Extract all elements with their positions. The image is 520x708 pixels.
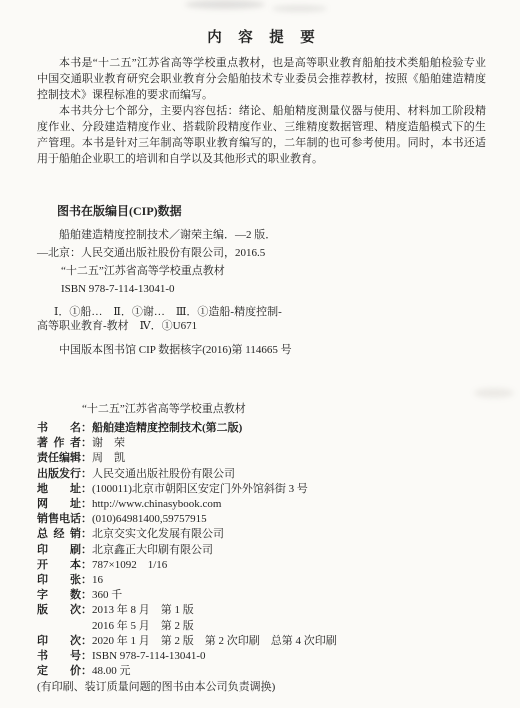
colophon-value: 谢 荣	[92, 437, 125, 449]
cip-title-line: 船舶建造精度控制技术／谢荣主编．—2 版．	[59, 226, 486, 244]
colophon-label: 总经销	[37, 527, 81, 542]
colophon-value: 360 千	[92, 589, 122, 601]
colophon-colon: ：	[81, 649, 92, 664]
colophon-colon: ：	[81, 421, 92, 436]
colophon-row: 网址：http://www.chinasybook.com	[37, 497, 486, 512]
colophon-row: 开本：787×1092 1/16	[37, 558, 486, 573]
cip-classification-line-1: Ⅰ．①船… Ⅱ．①谢… Ⅲ．①造船-精度控制-	[54, 305, 486, 319]
colophon-value: 2016 年 5 月 第 2 版	[92, 620, 194, 632]
cip-publisher-line: —北京：人民交通出版社股份有限公司，2016.5	[37, 244, 486, 262]
colophon-row: 版次：2013 年 8 月 第 1 版	[37, 603, 486, 618]
colophon-row: 印次：2020 年 1 月 第 2 版 第 2 次印刷 总第 4 次印刷	[37, 634, 486, 649]
colophon-label: 著作者	[37, 436, 81, 451]
colophon-row: 印张：16	[37, 573, 486, 588]
cip-series-line: “十二五”江苏省高等学校重点教材	[61, 262, 486, 280]
colophon-row-continued: 2016 年 5 月 第 2 版	[37, 619, 486, 634]
book-copyright-page: 内 容 提 要 本书是“十二五”江苏省高等学校重点教材，也是高等职业教育船舶技术…	[0, 0, 520, 708]
colophon-row: 总经销：北京交实文化发展有限公司	[37, 527, 486, 542]
colophon-row: 书名：船舶建造精度控制技术(第二版)	[37, 421, 486, 436]
colophon-colon: ：	[81, 436, 92, 451]
colophon-colon: ：	[81, 512, 92, 527]
colophon-colon: ：	[81, 543, 92, 558]
colophon-value: 787×1092 1/16	[92, 559, 167, 571]
scan-artifact	[474, 388, 514, 398]
colophon-row: 出版发行：人民交通出版社股份有限公司	[37, 467, 486, 482]
colophon-row: 印刷：北京鑫正大印刷有限公司	[37, 543, 486, 558]
colophon-label: 网址	[37, 497, 81, 512]
colophon-colon: ：	[81, 558, 92, 573]
colophon-label: 开本	[37, 558, 81, 573]
footer-note: (有印刷、装订质量问题的图书由本公司负责调换)	[37, 680, 486, 695]
colophon-colon: ：	[81, 497, 92, 512]
colophon-value: ISBN 978-7-114-13041-0	[92, 650, 206, 662]
colophon-colon: ：	[81, 482, 92, 497]
colophon-colon: ：	[81, 664, 92, 679]
colophon-row: 销售电话：(010)64981400,59757915	[37, 512, 486, 527]
colophon-row: 书号：ISBN 978-7-114-13041-0	[37, 649, 486, 664]
colophon-label: 印次	[37, 634, 81, 649]
colophon-label: 定价	[37, 664, 81, 679]
colophon-colon: ：	[81, 588, 92, 603]
colophon-list: 书名：船舶建造精度控制技术(第二版)著作者：谢 荣责任编辑：周 凯出版发行：人民…	[37, 421, 486, 679]
colophon-value: (010)64981400,59757915	[92, 513, 207, 525]
colophon-value: 2020 年 1 月 第 2 版 第 2 次印刷 总第 4 次印刷	[92, 635, 337, 647]
colophon-colon: ：	[81, 451, 92, 466]
colophon-label: 出版发行	[37, 467, 81, 482]
colophon-colon: ：	[81, 467, 92, 482]
colophon-colon: ：	[81, 603, 92, 618]
colophon-label: 字数	[37, 588, 81, 603]
colophon-value: 船舶建造精度控制技术(第二版)	[92, 422, 242, 434]
cip-heading: 图书在版编目(CIP)数据	[57, 202, 486, 220]
colophon-label: 书名	[37, 421, 81, 436]
colophon-row: 定价：48.00 元	[37, 664, 486, 679]
colophon-value: (100011)北京市朝阳区安定门外外馆斜街 3 号	[92, 483, 308, 495]
scan-artifact	[185, 0, 265, 9]
colophon-row: 责任编辑：周 凯	[37, 451, 486, 466]
summary-title: 内 容 提 要	[37, 26, 486, 47]
colophon-label: 销售电话	[37, 512, 81, 527]
colophon-row: 地址：(100011)北京市朝阳区安定门外外馆斜街 3 号	[37, 482, 486, 497]
colophon-label: 版次	[37, 603, 81, 618]
colophon-value: 2013 年 8 月 第 1 版	[92, 604, 194, 616]
colophon-value: 北京鑫正大印刷有限公司	[92, 544, 213, 556]
colophon-value: 48.00 元	[92, 665, 131, 677]
colophon-value: 周 凯	[92, 452, 125, 464]
colophon-value: 16	[92, 574, 103, 586]
cip-isbn-line: ISBN 978-7-114-13041-0	[61, 280, 486, 298]
colophon-row: 字数：360 千	[37, 588, 486, 603]
cip-classification: Ⅰ．①船… Ⅱ．①谢… Ⅲ．①造船-精度控制- 高等职业教育-教材 Ⅳ．①U67…	[37, 305, 486, 333]
colophon-label: 印张	[37, 573, 81, 588]
colophon-value: 人民交通出版社股份有限公司	[92, 468, 235, 480]
colophon-colon: ：	[81, 573, 92, 588]
colophon-label: 责任编辑	[37, 451, 81, 466]
cip-classification-line-2: 高等职业教育-教材 Ⅳ．①U671	[37, 319, 486, 333]
colophon-row: 著作者：谢 荣	[37, 436, 486, 451]
summary-paragraph-1: 本书是“十二五”江苏省高等学校重点教材，也是高等职业教育船舶技术类船舶检验专业中…	[37, 55, 486, 103]
colophon-colon: ：	[81, 634, 92, 649]
colophon-label: 地址	[37, 482, 81, 497]
cip-record-number: 中国版本图书馆 CIP 数据核字(2016)第 114665 号	[59, 343, 486, 358]
scan-artifact	[272, 5, 327, 12]
cip-block: 图书在版编目(CIP)数据 船舶建造精度控制技术／谢荣主编．—2 版． —北京：…	[37, 202, 486, 358]
colophon-label: 书号	[37, 649, 81, 664]
colophon-label: 印刷	[37, 543, 81, 558]
colophon-value: 北京交实文化发展有限公司	[92, 528, 224, 540]
series-note: “十二五”江苏省高等学校重点教材	[82, 402, 486, 417]
colophon-colon: ：	[81, 527, 92, 542]
summary-paragraph-2: 本书共分七个部分，主要内容包括：绪论、船舶精度测量仪器与使用、材料加工阶段精度作…	[37, 103, 486, 167]
colophon-value: http://www.chinasybook.com	[92, 498, 221, 510]
